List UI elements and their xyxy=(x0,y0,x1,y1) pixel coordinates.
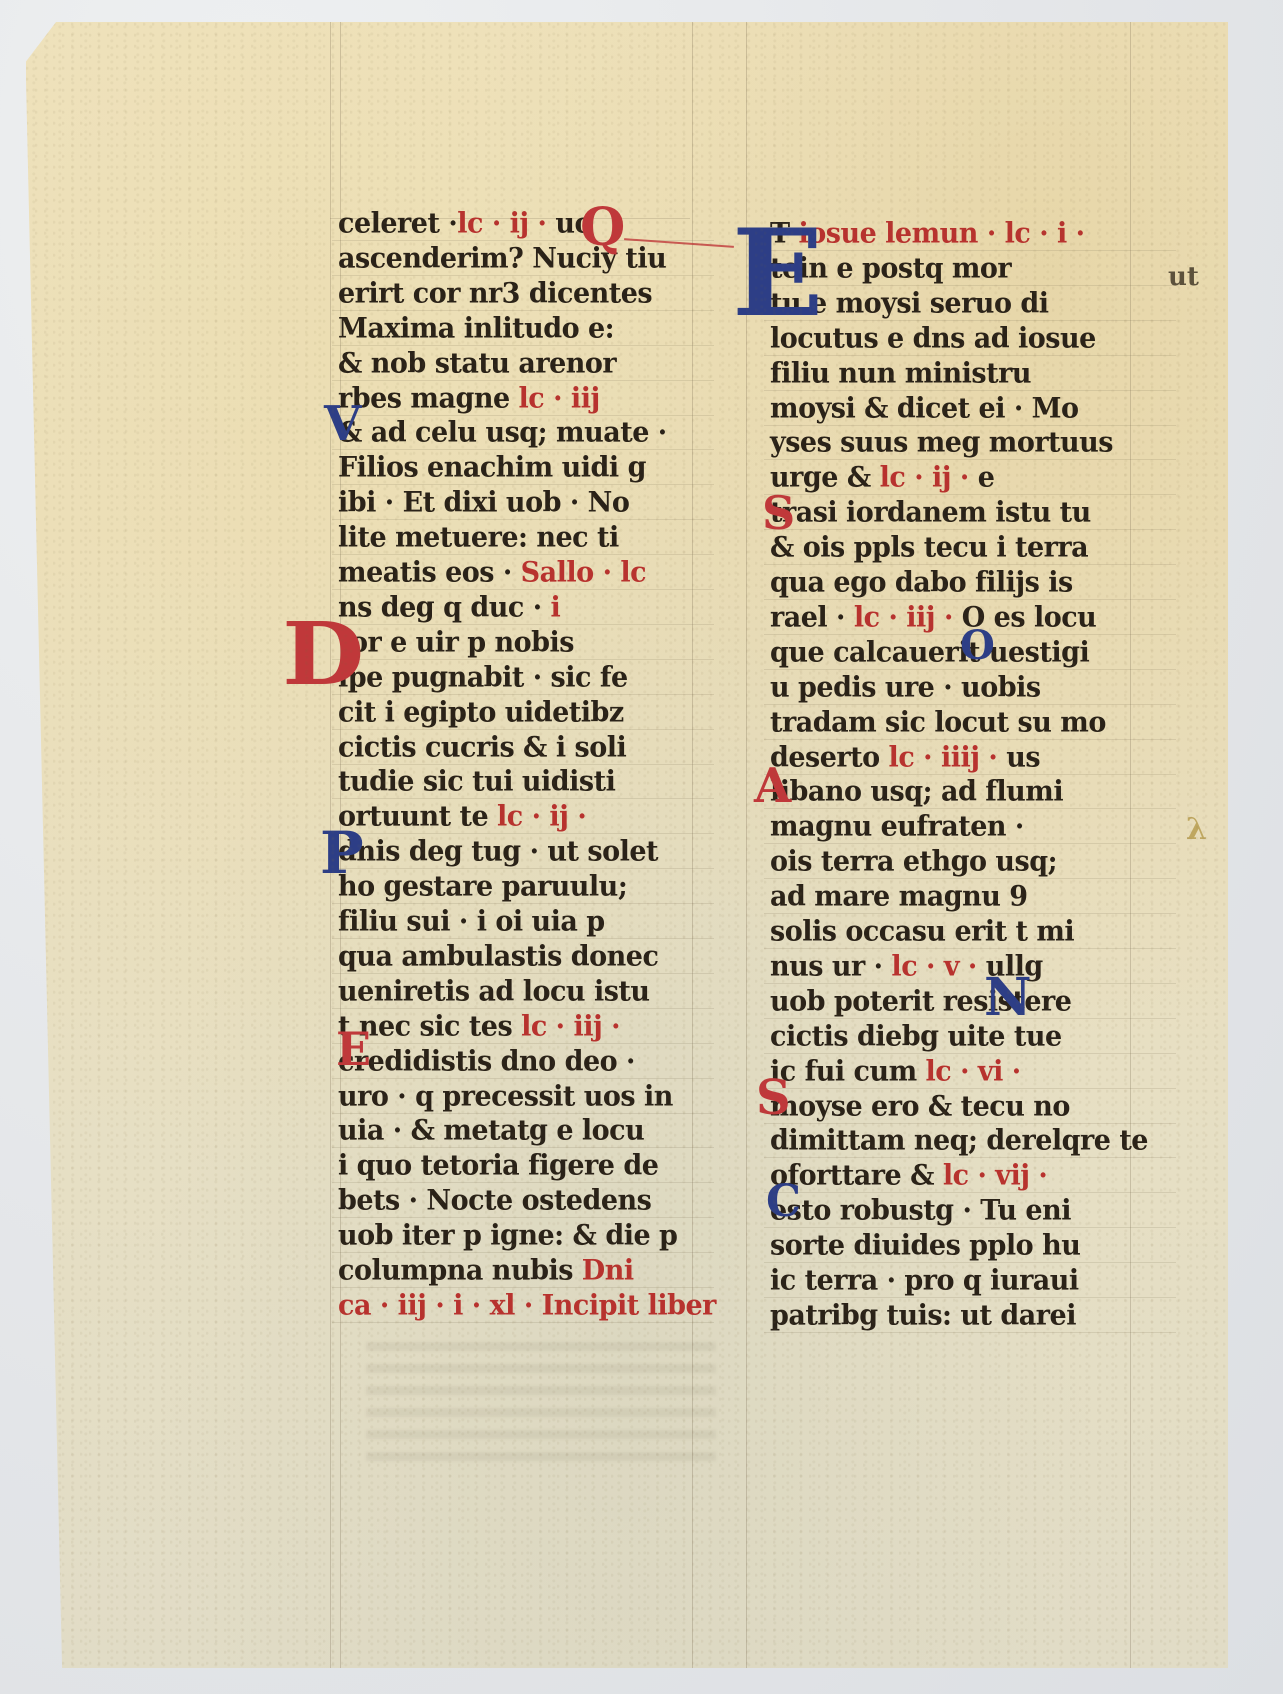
initial-e-large: E xyxy=(732,214,823,334)
text-line: ortuunt te lc · ij · xyxy=(338,800,586,836)
line-text: patribg tuis: ut darei xyxy=(770,1299,1076,1332)
line-text: dimittam neq; derelqre te xyxy=(770,1125,1148,1158)
line-text: dnis deg tug · ut solet xyxy=(338,836,658,869)
left-text-column: celeret ·lc · ij · uoascenderim? Nuciy t… xyxy=(338,208,708,1338)
text-line: esto robustg · Tu eni xyxy=(770,1193,1071,1229)
text-line: & ad celu usq; muate · xyxy=(338,416,667,452)
line-text: yses suus meg mortuus xyxy=(770,427,1113,460)
text-line: ns deg q duc · i xyxy=(338,590,560,626)
text-line: deserto lc · iiij · us xyxy=(770,740,1040,776)
text-line: oforttare & lc · vij · xyxy=(770,1159,1047,1195)
text-line: tor e uir p nobis xyxy=(338,625,574,661)
rubric-text: ca · iij · i · xl · Incipit liber xyxy=(338,1289,716,1322)
text-line: & nob statu arenor xyxy=(338,346,616,382)
rubric-text: iosue lemun · lc · i · xyxy=(790,217,1085,250)
rubric-text: lc · iiij · xyxy=(880,741,998,774)
text-line: filiu nun ministru xyxy=(770,356,1031,392)
line-text: erirt cor nr3 dicentes xyxy=(338,277,652,310)
text-line: dnis deg tug · ut solet xyxy=(338,834,658,870)
initial-c: C xyxy=(766,1180,801,1224)
line-text: qua ego dabo filijs is xyxy=(770,566,1073,599)
text-line: bets · Nocte ostedens xyxy=(338,1183,651,1219)
initial-q: Q xyxy=(580,202,625,254)
rubric-text: lc · ij · xyxy=(871,462,969,495)
rubric-text: lc · iij · xyxy=(512,1010,620,1043)
text-line: dimittam neq; derelqre te xyxy=(770,1124,1148,1160)
text-line: & ois ppls tecu i terra xyxy=(770,530,1088,566)
text-line: urge & lc · ij · e xyxy=(770,461,994,497)
line-text: ipe pugnabit · sic fe xyxy=(338,661,628,694)
rubric-text: lc · vi · xyxy=(917,1055,1021,1088)
line-text: esto robustg · Tu eni xyxy=(770,1195,1071,1228)
line-text: ns deg q duc · xyxy=(338,591,542,624)
line-text: moyse ero & tecu no xyxy=(770,1090,1070,1123)
line-text: moysi & dicet ei · Mo xyxy=(770,392,1079,425)
text-line: ois terra ethgo usq; xyxy=(770,844,1057,880)
line-text: ibi · Et dixi uob · No xyxy=(338,487,629,520)
line-text: celeret · xyxy=(338,207,457,240)
text-line: libano usq; ad flumi xyxy=(770,775,1063,811)
line-text: i quo tetoria figere de xyxy=(338,1150,658,1183)
initial-u: V xyxy=(324,400,361,448)
line-text: ic fui cum xyxy=(770,1055,917,1088)
text-line: solis occasu erit t mi xyxy=(770,914,1074,950)
text-line: moyse ero & tecu no xyxy=(770,1089,1070,1125)
rubric-text: Dni xyxy=(573,1254,634,1287)
line-text: uob iter p igne: & die p xyxy=(338,1219,677,1252)
line-text: & nob statu arenor xyxy=(338,347,616,380)
line-text: ois terra ethgo usq; xyxy=(770,846,1057,879)
line-text: tradam sic locut su mo xyxy=(770,706,1106,739)
line-text: libano usq; ad flumi xyxy=(770,776,1063,809)
rubric-text: lc · v · xyxy=(883,950,977,983)
line-text-after: e xyxy=(969,462,995,495)
text-line: ad mare magnu 9 xyxy=(770,879,1028,915)
initial-n: N xyxy=(984,972,1032,1024)
line-text: Maxima inlitudo e: xyxy=(338,312,614,345)
line-text: Filios enachim uidi g xyxy=(338,452,646,485)
manuscript-leaf: celeret ·lc · ij · uoascenderim? Nuciy t… xyxy=(26,22,1228,1668)
text-line: erirt cor nr3 dicentes xyxy=(338,276,652,312)
text-line: patribg tuis: ut darei xyxy=(770,1298,1076,1334)
line-text: solis occasu erit t mi xyxy=(770,915,1074,948)
line-text: sorte diuides pplo hu xyxy=(770,1229,1080,1262)
text-line: Filios enachim uidi g xyxy=(338,451,646,487)
initial-e: E xyxy=(336,1026,371,1072)
text-line: ibi · Et dixi uob · No xyxy=(338,485,629,521)
text-line: celeret ·lc · ij · uo xyxy=(338,206,592,242)
margin-note: ut xyxy=(1168,262,1199,292)
text-line: moysi & dicet ei · Mo xyxy=(770,391,1079,427)
text-line: cictis cucris & i soli xyxy=(338,730,626,766)
text-line: ic terra · pro q iuraui xyxy=(770,1263,1079,1299)
initial-s: S xyxy=(762,490,795,536)
text-line: ipe pugnabit · sic fe xyxy=(338,660,628,696)
line-text: columpna nubis xyxy=(338,1254,573,1287)
text-line: magnu eufraten · xyxy=(770,810,1024,846)
line-text: trasi iordanem istu tu xyxy=(770,497,1091,530)
text-line: sorte diuides pplo hu xyxy=(770,1228,1080,1264)
text-line: uro · q precessit uos in xyxy=(338,1079,673,1115)
text-line: uia · & metatg e locu xyxy=(338,1114,644,1150)
text-line: tradam sic locut su mo xyxy=(770,705,1106,741)
line-text: u pedis ure · uobis xyxy=(770,671,1041,704)
text-line: t nec sic tes lc · iij · xyxy=(338,1009,620,1045)
line-text: uia · & metatg e locu xyxy=(338,1115,644,1148)
text-line: columpna nubis Dni xyxy=(338,1253,634,1289)
line-text: ic terra · pro q iuraui xyxy=(770,1264,1079,1297)
line-text: & ois ppls tecu i terra xyxy=(770,531,1088,564)
text-line: tudie sic tui uidisti xyxy=(338,765,615,801)
line-text: ueniretis ad locu istu xyxy=(338,975,650,1008)
line-text: ad mare magnu 9 xyxy=(770,880,1028,913)
text-line: qua ego dabo filijs is xyxy=(770,565,1073,601)
line-text: filiu nun ministru xyxy=(770,357,1031,390)
line-text: lite metuere: nec ti xyxy=(338,521,619,554)
rubric-text: Sallo · lc xyxy=(512,556,646,589)
text-line: filiu sui · i oi uia p xyxy=(338,904,605,940)
initial-a: A xyxy=(754,762,791,810)
text-line: yses suus meg mortuus xyxy=(770,426,1113,462)
text-line: uob iter p igne: & die p xyxy=(338,1218,677,1254)
line-text: cit i egipto uidetibz xyxy=(338,696,624,729)
line-text: cictis cucris & i soli xyxy=(338,731,626,764)
text-line: rbes magne lc · iij xyxy=(338,381,600,417)
text-line: que calcauerit uestigi xyxy=(770,635,1089,671)
text-line: rael · lc · iij · O es locu xyxy=(770,600,1096,636)
margin-mark: λ xyxy=(1186,812,1207,847)
rubric-text: lc · iij xyxy=(510,382,600,415)
text-line: ho gestare paruulu; xyxy=(338,869,627,905)
rubric-text: i xyxy=(542,591,561,624)
text-line: u pedis ure · uobis xyxy=(770,670,1041,706)
line-text: ho gestare paruulu; xyxy=(338,870,627,903)
line-text: filiu sui · i oi uia p xyxy=(338,905,605,938)
text-line: trasi iordanem istu tu xyxy=(770,495,1091,531)
rubric-text: lc · ij · xyxy=(488,801,586,834)
line-text: nus ur · xyxy=(770,950,883,983)
initial-p: P xyxy=(320,824,364,882)
text-line: credidistis dno deo · xyxy=(338,1044,635,1080)
line-text: uro · q precessit uos in xyxy=(338,1080,673,1113)
show-through-text xyxy=(366,1342,716,1462)
text-line: ca · iij · i · xl · Incipit liber xyxy=(338,1288,716,1324)
initial-s-2: S xyxy=(756,1074,791,1122)
text-line: ic fui cum lc · vi · xyxy=(770,1054,1021,1090)
line-text: meatis eos · xyxy=(338,556,512,589)
line-text: rael · xyxy=(770,601,845,634)
line-text: tor e uir p nobis xyxy=(338,626,574,659)
line-text: credidistis dno deo · xyxy=(338,1045,635,1078)
right-text-column: T iosue lemun · lc · i · tein e postq mo… xyxy=(770,218,1170,1348)
text-line: cit i egipto uidetibz xyxy=(338,695,624,731)
line-text: qua ambulastis donec xyxy=(338,940,658,973)
rubric-text: lc · iij · xyxy=(845,601,953,634)
text-line: meatis eos · Sallo · lc xyxy=(338,555,646,591)
text-line: ueniretis ad locu istu xyxy=(338,974,650,1010)
text-line: lite metuere: nec ti xyxy=(338,520,619,556)
text-line: Maxima inlitudo e: xyxy=(338,311,614,347)
line-text: magnu eufraten · xyxy=(770,811,1024,844)
rubric-text: lc · ij · xyxy=(457,207,546,240)
rubric-text: lc · vij · xyxy=(934,1160,1047,1193)
line-text: bets · Nocte ostedens xyxy=(338,1185,651,1218)
line-text: rbes magne xyxy=(338,382,510,415)
text-line: qua ambulastis donec xyxy=(338,939,658,975)
line-text-after: us xyxy=(997,741,1040,774)
initial-o: O xyxy=(960,626,995,666)
text-line: i quo tetoria figere de xyxy=(338,1149,658,1185)
line-text: & ad celu usq; muate · xyxy=(338,417,667,450)
line-text: que calcauerit uestigi xyxy=(770,636,1089,669)
initial-d: D xyxy=(282,612,364,698)
line-text: tudie sic tui uidisti xyxy=(338,766,615,799)
